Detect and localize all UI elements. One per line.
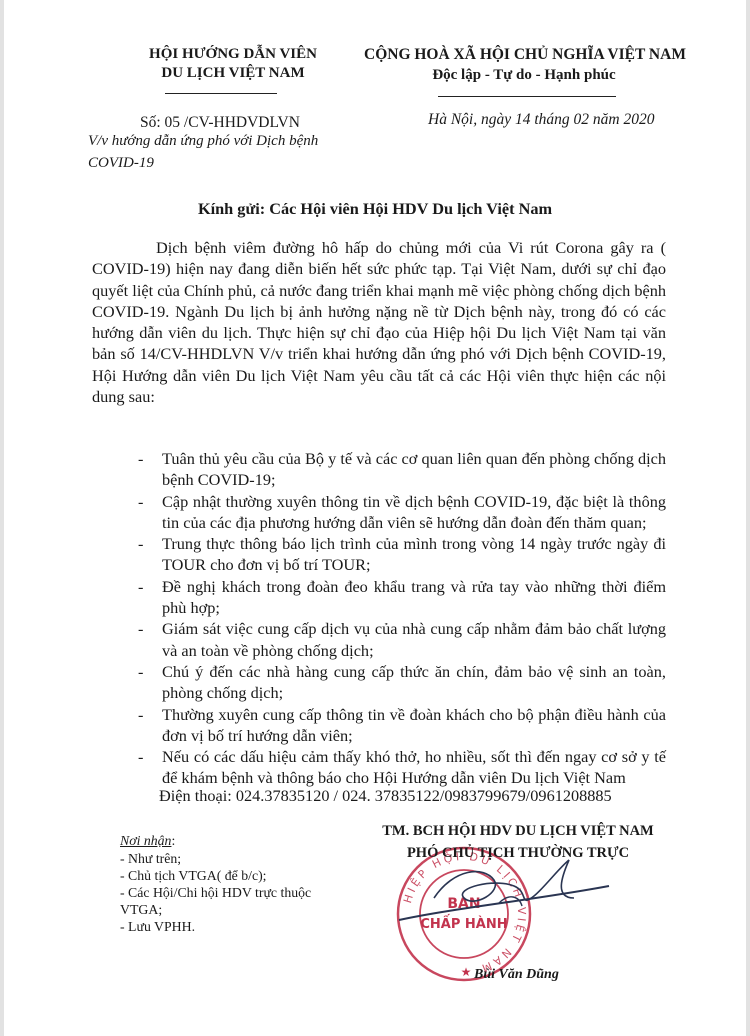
subject-line2: COVID-19 [88, 155, 154, 172]
org-name-line2: DU LỊCH VIỆT NAM [102, 65, 364, 82]
recipient-item: - Như trên; [120, 850, 181, 867]
recipient-item: - Các Hội/Chi hội HDV trực thuộc [120, 884, 311, 901]
list-item: -Nếu có các dấu hiệu cảm thấy khó thở, h… [92, 746, 666, 789]
handwritten-signature [394, 858, 614, 928]
body-paragraph-text: Dịch bệnh viêm đường hô hấp do chủng mới… [92, 238, 666, 406]
list-item: -Giám sát việc cung cấp dịch vụ của nhà … [92, 618, 666, 661]
phone-numbers: Điện thoại: 024.37835120 / 024. 37835122… [159, 785, 612, 806]
signer-name: Bùi Văn Dũng [474, 967, 559, 983]
recipient-item: VTGA; [120, 901, 162, 918]
national-motto: Độc lập - Tự do - Hạnh phúc [364, 67, 684, 84]
list-item: -Cập nhật thường xuyên thông tin về dịch… [92, 491, 666, 534]
list-item: -Đề nghị khách trong đoàn đeo khẩu trang… [92, 576, 666, 619]
recipient-item: - Lưu VPHH. [120, 918, 195, 935]
salutation: Kính gửi: Các Hội viên Hội HDV Du lịch V… [4, 199, 746, 219]
list-item: -Chú ý đến các nhà hàng cung cấp thức ăn… [92, 661, 666, 704]
org-name-line1: HỘI HƯỚNG DẪN VIÊN [102, 46, 364, 63]
document-date: Hà Nội, ngày 14 tháng 02 năm 2020 [428, 111, 654, 129]
recipients-title: Nơi nhận: [120, 832, 175, 849]
list-item: -Tuân thủ yêu cầu của Bộ y tế và các cơ … [92, 448, 666, 491]
nation-title: CỘNG HOÀ XÃ HỘI CHỦ NGHĨA VIỆT NAM [364, 46, 684, 64]
list-item: -Trung thực thông báo lịch trình của mìn… [92, 533, 666, 576]
org-underline [165, 93, 277, 94]
subject-line1: V/v hướng dẫn ứng phó với Dịch bệnh [88, 133, 318, 150]
signature-on-behalf: TM. BCH HỘI HDV DU LỊCH VIỆT NAM [364, 823, 672, 840]
document-number: Số: 05 /CV-HHDVDLVN [140, 112, 300, 133]
motto-underline [438, 96, 616, 97]
document-page: HỘI HƯỚNG DẪN VIÊN DU LỊCH VIỆT NAM Số: … [4, 0, 746, 1036]
stamp-star-icon: ★ [461, 965, 472, 979]
list-item: -Thường xuyên cung cấp thông tin về đoàn… [92, 704, 666, 747]
recipient-item: - Chủ tịch VTGA( để b/c); [120, 867, 267, 884]
requirements-list: -Tuân thủ yêu cầu của Bộ y tế và các cơ … [92, 448, 666, 789]
body-paragraph: Dịch bệnh viêm đường hô hấp do chủng mới… [92, 237, 666, 407]
